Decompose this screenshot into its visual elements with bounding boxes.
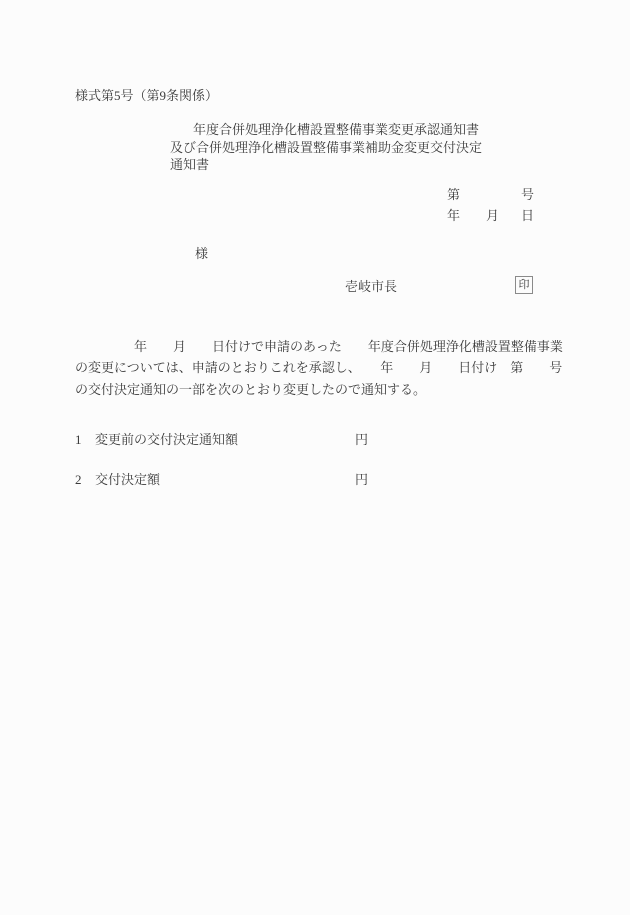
body-line-1: 年 月 日付けで申請のあった 年度合併処理浄化槽設置整備事業 [75,336,585,357]
body-line-3: の交付決定通知の一部を次のとおり変更したので通知する。 [75,379,585,400]
addressee-honorific: 様 [195,247,208,260]
item-1-number: 1 [75,433,82,446]
item-1-unit: 円 [355,433,368,446]
body-line-2: の変更については、申請のとおりこれを承認し、 年 月 日付け 第 号 [75,357,585,378]
date-day-label: 日 [521,209,534,222]
doc-number-suffix: 号 [521,188,534,201]
date-month-label: 月 [486,209,499,222]
form-number: 様式第5号（第9条関係） [75,85,218,104]
item-1-label: 変更前の交付決定通知額 [95,433,238,446]
item-2-number: 2 [75,473,82,486]
title-line-1: 年度合併処理浄化槽設置整備事業変更承認通知書 [170,121,500,139]
title-line-2: 及び合併処理浄化槽設置整備事業補助金変更交付決定 [170,139,500,157]
sender-name: 壱岐市長 [345,280,397,293]
date-year-label: 年 [447,209,460,222]
doc-number-prefix: 第 [447,188,460,201]
document-title: 年度合併処理浄化槽設置整備事業変更承認通知書 及び合併処理浄化槽設置整備事業補助… [170,121,500,174]
seal-box: 印 [515,276,533,294]
document-page: 様式第5号（第9条関係） 年度合併処理浄化槽設置整備事業変更承認通知書 及び合併… [0,0,630,915]
title-line-3: 通知書 [170,156,500,174]
body-paragraph: 年 月 日付けで申請のあった 年度合併処理浄化槽設置整備事業 の変更については、… [75,336,585,400]
item-2-unit: 円 [355,473,368,486]
item-2-label: 交付決定額 [95,473,160,486]
